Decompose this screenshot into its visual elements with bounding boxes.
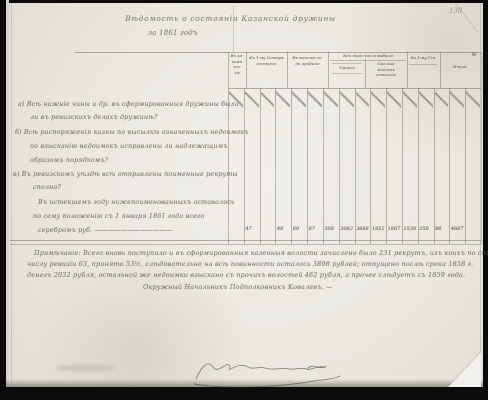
column-header-4-span: Изъ того числа выбыло: [330, 53, 406, 59]
question-b-line3: образомъ порядкомъ?: [30, 157, 108, 164]
table-bottom-rule-1: [10, 240, 481, 241]
header-bottom-rule: [228, 88, 481, 89]
scan-edge-top: [0, 0, 488, 3]
paper-left-edge-line: [11, 3, 12, 387]
header-sub-rule: [332, 73, 362, 74]
fold-crease-line: [233, 6, 234, 52]
table-right-border: [481, 52, 482, 244]
header-divider: [440, 52, 441, 88]
header-line: Къ 1-му Генваря: [247, 55, 286, 61]
question-v-line1: в) Въ ревизскомъ уѣздѣ всѣ отправлены по…: [13, 171, 238, 178]
column-header-2: Къ 1-му Генваря состояло: [247, 55, 286, 66]
paper-edge-highlight: [6, 0, 9, 400]
ink-smudge: [55, 364, 115, 372]
header-line: состояло: [247, 61, 286, 67]
question-indent-line3: серебромъ руб. ————————————: [38, 227, 173, 234]
column-header-4b: Сколько затѣмъ осталось: [366, 61, 406, 78]
header-underline: [409, 64, 437, 65]
page-number: 138: [449, 7, 462, 15]
header-line: осталось: [366, 72, 406, 78]
note-line3: денегъ 2032 рубля, остальной же недоимки…: [27, 271, 465, 279]
document-title-line2: за 1861 годъ: [138, 29, 208, 37]
header-line: да прибыло: [288, 61, 327, 67]
question-b-line1: б) Всѣ распоряженія казны по высылкѣ озн…: [15, 129, 249, 136]
note-line1: Примѣчаніе: Всего вновь поступило и въ с…: [34, 249, 488, 257]
question-b-line2: по взысканію недоимокъ исправлены ли над…: [30, 143, 228, 150]
document-title-line1: Вѣдомость о состояніи Казанской дружины: [118, 14, 343, 23]
question-a-line1: а) Всѣ нижніе чины и др. въ сформированн…: [18, 101, 239, 108]
table-bottom-rule-2: [10, 244, 481, 245]
note-line2: числу ревизіи 63, принято 53½, слѣдовате…: [27, 260, 473, 268]
header-sub-rule: [332, 63, 362, 64]
header-line: Въ ка-: [229, 53, 245, 59]
question-a-line2: ли въ ревизскихъ делахъ дружинѣ?: [30, 114, 158, 121]
column-header-5: Къ 1-му Ген.: [408, 55, 439, 61]
signature-flourish: [192, 355, 344, 389]
column-header-1: Въ ка- комъ чис- лѣ: [229, 53, 245, 76]
table-top-rule: [74, 52, 481, 53]
header-divider: [328, 52, 329, 88]
column-header-6-label: Итого: [443, 64, 477, 70]
header-line: лѣ: [229, 70, 245, 76]
question-indent-line1: Въ истекшемъ году нижепоименованныхъ ост…: [38, 199, 235, 206]
column-header-6-number-sign: №: [468, 52, 480, 59]
header-line: Въ теченіе го-: [288, 55, 327, 61]
question-indent-line2: по сему положенію съ 1 января 1861 года …: [33, 213, 205, 220]
scan-edge-right: [483, 0, 488, 400]
table-left-column-divider: [228, 52, 229, 244]
scanned-document: 138 Вѣдомость о состояніи Казанской друж…: [0, 0, 488, 400]
column-header-4a: Умерло: [330, 65, 364, 71]
note-signature-line: Окружный Начальникъ Подполковникъ Ковале…: [143, 283, 333, 291]
question-v-line2: сполна?: [33, 184, 61, 191]
column-header-3: Въ теченіе го- да прибыло: [288, 55, 327, 66]
